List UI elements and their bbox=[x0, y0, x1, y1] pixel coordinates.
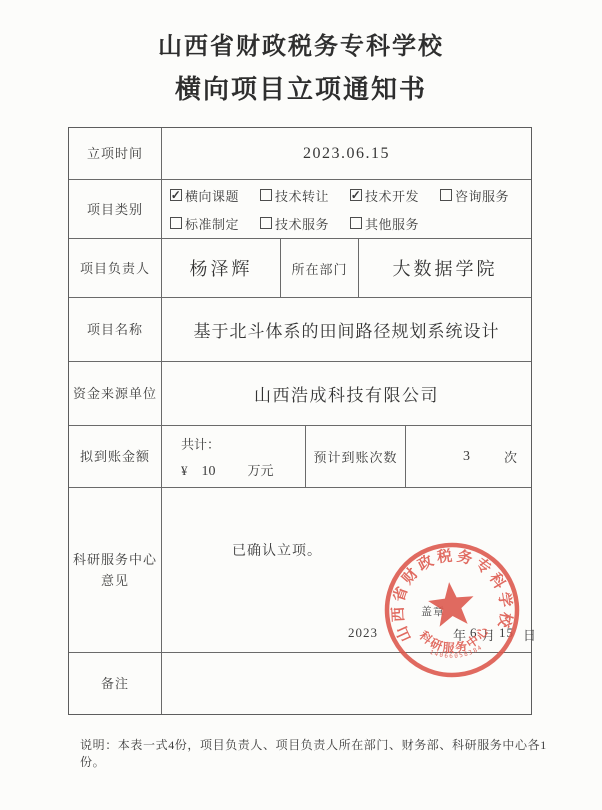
approval-time-value: 2023.06.15 bbox=[303, 145, 390, 163]
currency-symbol: ¥ bbox=[181, 463, 188, 478]
opinion-date-day-unit: 日 bbox=[523, 625, 536, 644]
checkbox-label: 咨询服务 bbox=[455, 186, 509, 205]
department-value: 大数据学院 bbox=[393, 255, 498, 281]
opinion-label-line1: 科研服务中心 bbox=[73, 549, 157, 570]
amount-value: 10 bbox=[202, 464, 216, 479]
row-project-leader: 项目负责人 杨泽辉 所在部门 大数据学院 bbox=[69, 239, 531, 298]
leader-name: 杨泽辉 bbox=[190, 255, 253, 281]
checkbox-option: ✓技术开发 bbox=[350, 186, 419, 205]
checkbox-icon bbox=[440, 189, 452, 201]
checkbox-icon bbox=[170, 217, 182, 229]
remarks-value-cell bbox=[162, 653, 531, 714]
times-label-cell: 预计到账次数 bbox=[306, 426, 406, 487]
school-name-title: 山西省财政税务专科学校 bbox=[0, 26, 602, 61]
checkbox-option: 技术服务 bbox=[260, 214, 329, 233]
footer-copies-note: 说明：本表一式4份，项目负责人、项目负责人所在部门、财务部、科研服务中心各1份。 bbox=[80, 736, 550, 770]
amount-total-cell: 共计： ¥10万元 bbox=[162, 426, 306, 487]
funding-source-value: 山西浩成科技有限公司 bbox=[254, 381, 439, 406]
department-value-cell: 大数据学院 bbox=[359, 239, 531, 297]
project-name-value: 基于北斗体系的田间路径规划系统设计 bbox=[194, 317, 500, 342]
checkbox-option: 标准制定 bbox=[170, 214, 239, 233]
checkbox-icon bbox=[260, 189, 272, 201]
project-category-options-cell: ✓横向课题 技术转让 ✓技术开发 咨询服务 标准制定 技术服务 其他服务 bbox=[162, 180, 531, 238]
department-label: 所在部门 bbox=[291, 259, 347, 278]
category-options-line2: 标准制定 技术服务 其他服务 bbox=[170, 214, 531, 233]
opinion-date-year-unit: 年 bbox=[453, 625, 466, 644]
times-unit: 次 bbox=[504, 447, 517, 466]
checkbox-icon: ✓ bbox=[350, 189, 362, 201]
opinion-date-day: 15 bbox=[499, 625, 514, 641]
project-name-label: 项目名称 bbox=[69, 298, 162, 361]
approval-time-value-cell: 2023.06.15 bbox=[162, 128, 531, 179]
amount-total-value: ¥10万元 bbox=[181, 460, 305, 480]
row-project-category: 项目类别 ✓横向课题 技术转让 ✓技术开发 咨询服务 标准制定 技术服务 其他服… bbox=[69, 180, 531, 239]
row-project-name: 项目名称 基于北斗体系的田间路径规划系统设计 bbox=[69, 298, 531, 362]
checkbox-icon bbox=[260, 217, 272, 229]
row-opinion: 科研服务中心 意见 已确认立项。 盖章 2023 年 6 月 15 日 bbox=[69, 488, 531, 653]
category-options-line1: ✓横向课题 技术转让 ✓技术开发 咨询服务 bbox=[170, 186, 531, 205]
opinion-label: 科研服务中心 意见 bbox=[69, 488, 162, 652]
opinion-content-cell: 已确认立项。 盖章 2023 年 6 月 15 日 bbox=[162, 488, 531, 652]
row-amount: 拟到账金额 共计： ¥10万元 预计到账次数 3 次 bbox=[69, 426, 531, 488]
funding-source-label: 资金来源单位 bbox=[69, 362, 162, 425]
checkbox-option: 其他服务 bbox=[350, 214, 419, 233]
checkbox-icon bbox=[350, 217, 362, 229]
project-approval-form-table: 立项时间 2023.06.15 项目类别 ✓横向课题 技术转让 ✓技术开发 咨询… bbox=[68, 127, 532, 715]
opinion-date-year: 2023 bbox=[348, 625, 378, 641]
row-remarks: 备注 bbox=[69, 653, 531, 714]
amount-label: 拟到账金额 bbox=[69, 426, 162, 487]
checkbox-label: 技术转让 bbox=[275, 186, 329, 205]
checkbox-label: 技术服务 bbox=[275, 214, 329, 233]
department-label-cell: 所在部门 bbox=[281, 239, 359, 297]
stamp-hint-label: 盖章 bbox=[421, 603, 445, 619]
checkbox-option: 咨询服务 bbox=[440, 186, 509, 205]
times-label: 预计到账次数 bbox=[313, 447, 397, 466]
opinion-text: 已确认立项。 bbox=[232, 540, 322, 560]
checkbox-label: 标准制定 bbox=[185, 214, 239, 233]
checkbox-option: ✓横向课题 bbox=[170, 186, 239, 205]
amount-unit: 万元 bbox=[248, 463, 274, 478]
opinion-date-month-unit: 月 bbox=[482, 625, 495, 644]
opinion-label-line2: 意见 bbox=[101, 570, 129, 591]
project-category-label: 项目类别 bbox=[69, 180, 162, 238]
approval-time-label: 立项时间 bbox=[69, 128, 162, 179]
times-value: 3 bbox=[463, 449, 470, 465]
checkbox-icon: ✓ bbox=[170, 189, 182, 201]
checkbox-label: 横向课题 bbox=[185, 186, 239, 205]
checkbox-label: 其他服务 bbox=[365, 214, 419, 233]
times-value-cell: 3 次 bbox=[406, 426, 531, 487]
remarks-label: 备注 bbox=[69, 653, 162, 714]
document-title: 横向项目立项通知书 bbox=[0, 69, 602, 106]
amount-total-label: 共计： bbox=[181, 434, 305, 453]
project-leader-label: 项目负责人 bbox=[69, 239, 162, 297]
scanned-form-page: 山西省财政税务专科学校 横向项目立项通知书 立项时间 2023.06.15 项目… bbox=[0, 0, 602, 810]
checkbox-option: 技术转让 bbox=[260, 186, 329, 205]
row-funding-source: 资金来源单位 山西浩成科技有限公司 bbox=[69, 362, 531, 426]
leader-name-cell: 杨泽辉 bbox=[162, 239, 281, 297]
checkbox-label: 技术开发 bbox=[365, 186, 419, 205]
opinion-date-month: 6 bbox=[470, 625, 477, 641]
funding-source-value-cell: 山西浩成科技有限公司 bbox=[162, 362, 531, 425]
project-name-value-cell: 基于北斗体系的田间路径规划系统设计 bbox=[162, 298, 531, 361]
row-approval-time: 立项时间 2023.06.15 bbox=[69, 128, 531, 180]
